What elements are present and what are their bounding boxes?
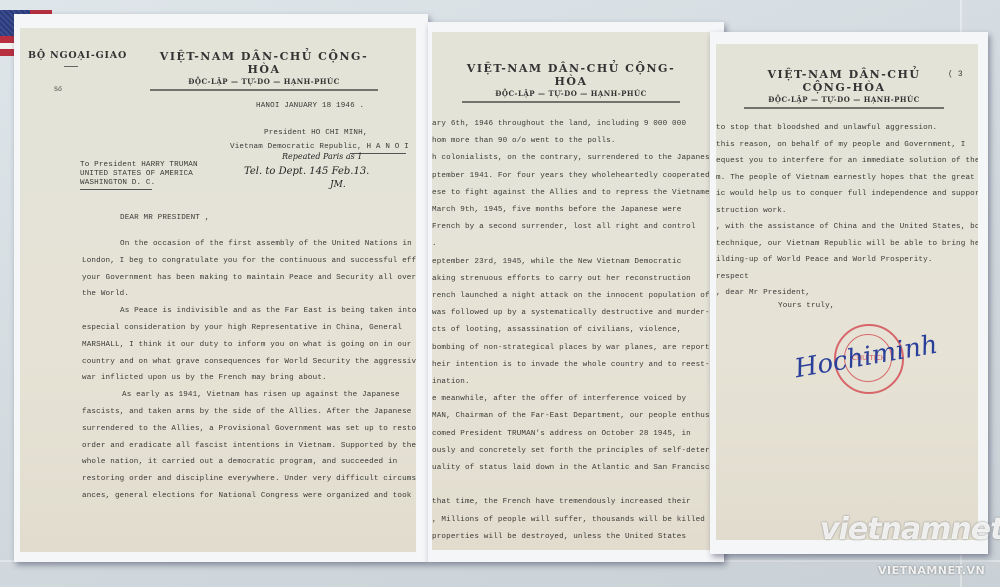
- text-line: rench launched a night attack on the inn…: [432, 292, 710, 300]
- text-line: On the occasion of the first assembly of…: [120, 240, 412, 248]
- republic-name: VIỆT-NAM DÂN-CHỦ CỘNG-HÒA: [150, 50, 378, 76]
- text-line: As Peace is indivisible and as the Far E…: [120, 307, 416, 315]
- text-line: was followed up by a systematically dest…: [432, 309, 710, 317]
- text-line: As early as 1941, Vietnam has risen up a…: [122, 391, 400, 399]
- motto: ĐỘC-LẬP — TỰ-DO — HẠNH-PHÚC: [744, 95, 944, 104]
- handwritten-note: JM.: [330, 180, 346, 190]
- text-line: ination.: [432, 378, 470, 386]
- text-line: restoring order and discipline everywher…: [82, 475, 416, 483]
- text-line: bombing of non-strategical places by war…: [432, 344, 714, 352]
- sender-line: Vietnam Democratic Republic, H A N O I: [230, 143, 409, 151]
- text-line: that time, the French have tremendously …: [432, 498, 691, 506]
- handwritten-note: Tel. to Dept. 145 Feb.13.: [244, 166, 369, 177]
- ministry-underline: [64, 66, 78, 67]
- text-line: order and eradicate all fascist intentio…: [82, 442, 416, 450]
- text-line: French by a second surrender, lost all r…: [432, 223, 696, 231]
- text-line: ic would help us to conquer full indepen…: [716, 190, 978, 198]
- text-line: h colonialists, on the contrary, surrend…: [432, 154, 714, 162]
- text-line: , with the assistance of China and the U…: [716, 223, 978, 231]
- text-line: MARSHALL, I think it our duty to inform …: [82, 341, 412, 349]
- letterhead: VIỆT-NAM DÂN-CHỦ CỘNG-HÒA ĐỘC-LẬP — TỰ-D…: [744, 68, 944, 109]
- text-line: aking strenuous efforts to carry out her…: [432, 275, 691, 283]
- text-line: ptember 1941. For four years they wholeh…: [432, 172, 710, 180]
- text-line: ances, general elections for National Co…: [82, 492, 412, 500]
- text-line: , dear Mr President,: [716, 289, 810, 297]
- text-line: ilding-up of World Peace and World Prosp…: [716, 256, 933, 264]
- text-line: especial consideration by your high Repr…: [82, 324, 402, 332]
- text-line: March 9th, 1945, five months before the …: [432, 206, 681, 214]
- text-line: equest you to interfere for an immediate…: [716, 157, 978, 165]
- text-line: m. The people of Vietnam earnestly hopes…: [716, 174, 975, 182]
- text-line: country and on what grave consequences f…: [82, 358, 416, 366]
- text-line: ary 6th, 1946 throughout the land, inclu…: [432, 120, 686, 128]
- text-line: MAN, Chairman of the Far-East Department…: [432, 412, 714, 420]
- recipient-line: UNITED STATES OF AMERICA: [80, 170, 193, 178]
- letter-page-1: BỘ NGOẠI-GIAO Số VIỆT-NAM DÂN-CHỦ CỘNG-H…: [20, 28, 416, 552]
- text-line: eptember 23rd, 1945, while the New Vietn…: [432, 258, 681, 266]
- number-label: Số: [54, 86, 62, 93]
- text-line: comed President TRUMAN's address on Octo…: [432, 430, 691, 438]
- salutation: DEAR MR PRESIDENT ,: [120, 214, 209, 222]
- text-line: cts of looting, assassination of civilia…: [432, 326, 681, 334]
- header-rule: [150, 89, 378, 91]
- text-line: whole nation, it carried out a democrati…: [82, 458, 397, 466]
- letter-date: HANOI JANUARY 18 1946 .: [256, 102, 364, 110]
- letterhead: VIỆT-NAM DÂN-CHỦ CỘNG-HÒA ĐỘC-LẬP — TỰ-D…: [462, 62, 680, 103]
- republic-name: VIỆT-NAM DÂN-CHỦ CỘNG-HÒA: [462, 62, 680, 88]
- letter-page-3: VIỆT-NAM DÂN-CHỦ CỘNG-HÒA ĐỘC-LẬP — TỰ-D…: [716, 44, 978, 540]
- text-line: uality of status laid down in the Atlant…: [432, 464, 714, 472]
- header-rule: [462, 101, 680, 103]
- motto: ĐỘC-LẬP — TỰ-DO — HẠNH-PHÚC: [150, 77, 378, 86]
- text-line: properties will be destroyed, unless the…: [432, 533, 686, 541]
- text-line: this reason, on behalf of my people and …: [716, 141, 965, 149]
- page-number: ( 3: [948, 70, 963, 79]
- text-line: struction work.: [716, 207, 787, 215]
- recipient-line: WASHINGTON D. C.: [80, 179, 155, 187]
- text-line: your Government has been making to maint…: [82, 274, 416, 282]
- text-line: surrendered to the Allies, a Provisional…: [82, 425, 416, 433]
- text-line: .: [432, 240, 437, 248]
- text-line: the World.: [82, 290, 129, 298]
- text-line: ese to fight against the Allies and to r…: [432, 189, 716, 197]
- text-line: heir intention is to invade the whole co…: [432, 361, 710, 369]
- header-rule: [744, 107, 944, 109]
- letter-page-2: VIỆT-NAM DÂN-CHỦ CỘNG-HÒA ĐỘC-LẬP — TỰ-D…: [432, 32, 716, 550]
- ministry-name: BỘ NGOẠI-GIAO: [28, 50, 127, 61]
- recipient-line: To President HARRY TRUMAN: [80, 161, 198, 169]
- text-line: e meanwhile, after the offer of interfer…: [432, 395, 686, 403]
- text-line: London, I beg to congratulate you for th…: [82, 257, 416, 265]
- vietnamnet-logo: vietnamnet: [820, 512, 1000, 547]
- text-line: , Millions of people will suffer, thousa…: [432, 516, 705, 524]
- text-line: technique, our Vietnam Republic will be …: [716, 240, 978, 248]
- closing: Yours truly,: [778, 302, 834, 310]
- text-line: war inflicted upon us by the French may …: [82, 374, 327, 382]
- text-line: hom more than 90 o/o went to the polls.: [432, 137, 616, 145]
- motto: ĐỘC-LẬP — TỰ-DO — HẠNH-PHÚC: [462, 89, 680, 98]
- sender-line: President HO CHI MINH,: [264, 129, 368, 137]
- text-line: to stop that bloodshed and unlawful aggr…: [716, 124, 937, 132]
- vietnamnet-url: VIETNAMNET.VN: [878, 564, 985, 577]
- text-line: respect: [716, 273, 749, 281]
- text-line: fascists, and taken arms by the side of …: [82, 408, 412, 416]
- text-line: ously and concretely set forth the princ…: [432, 447, 716, 455]
- letterhead: VIỆT-NAM DÂN-CHỦ CỘNG-HÒA ĐỘC-LẬP — TỰ-D…: [150, 50, 378, 91]
- handwritten-note: Repeated Paris as 1: [282, 152, 362, 161]
- republic-name: VIỆT-NAM DÂN-CHỦ CỘNG-HÒA: [744, 68, 944, 94]
- recipient-underline: [80, 189, 152, 190]
